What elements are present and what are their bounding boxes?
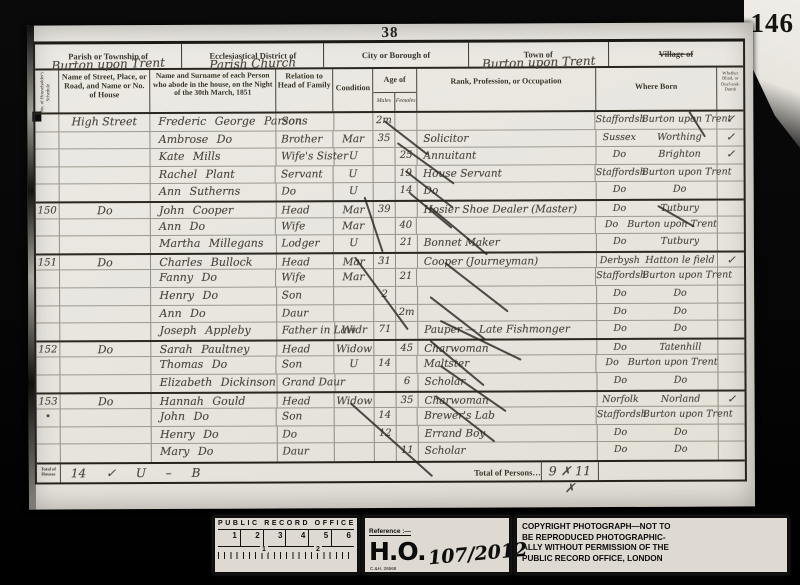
marital-condition: Widr — [335, 322, 375, 339]
stamp-printer-code: C.&H. 26668 — [370, 566, 396, 571]
relation-to-head: Grand Daur — [277, 374, 335, 391]
age-female: 45 — [396, 341, 418, 356]
village-label: Village of — [659, 49, 693, 59]
age-female: 19 — [395, 166, 417, 183]
relation-to-head: Son — [277, 357, 335, 374]
disability-remark — [718, 182, 744, 199]
where-born: Do Burton upon Trent — [596, 216, 718, 233]
schedule-number — [37, 427, 61, 444]
city-borough-label: City or Borough of — [362, 50, 430, 60]
relation-to-head: Wife's Sister — [276, 148, 334, 165]
street-name: Do — [60, 255, 152, 270]
disability-remark — [718, 303, 744, 320]
person-name: Rachel Plant — [151, 166, 276, 183]
where-born: Do Do — [597, 321, 718, 338]
person-name: Ann Do — [151, 218, 276, 235]
totals-row: Total of Houses 14 ✓ U – B Total of Pers… — [37, 459, 745, 482]
born-county: Staffordsh — [596, 165, 642, 182]
born-place: Do — [643, 286, 717, 303]
occupation: Do — [417, 182, 596, 199]
marital-condition: Mar — [334, 131, 374, 148]
census-rows: High Street Frederic George Parsons Son … — [35, 111, 745, 462]
disability-remark — [719, 355, 745, 372]
street-name: Do — [60, 203, 152, 218]
column-name-surname: Name and Surname of each Person who abod… — [150, 70, 275, 113]
where-born: Do Do — [597, 286, 718, 303]
born-county: Do — [597, 321, 643, 338]
person-name: John Do — [152, 409, 277, 426]
copyright-line: BE REPRODUCED PHOTOGRAPHIC- — [522, 533, 782, 544]
schedule-number — [36, 375, 60, 392]
where-born: Staffordsh Burton upon Trent — [596, 164, 718, 181]
marital-condition: U — [334, 183, 374, 200]
age-male: 14 — [374, 408, 396, 425]
occupation — [417, 268, 596, 285]
born-county: Do — [596, 147, 642, 164]
disability-remark — [718, 321, 744, 338]
ruler-inch-label: 2 — [314, 546, 322, 553]
disability-remark: ✓ — [718, 147, 744, 164]
schedule-number — [36, 167, 60, 184]
person-name: Elizabeth Dickinson — [152, 374, 277, 391]
disability-remark — [719, 407, 745, 424]
relation-to-head: Brother — [276, 131, 334, 148]
schedule-number — [36, 288, 60, 305]
street-name — [60, 323, 151, 340]
ruler-inch-label: 1 — [260, 546, 268, 553]
born-county: Derbysh — [597, 253, 643, 268]
town-field: Town of Burton upon Trent — [469, 42, 609, 67]
where-born: Staffordsh Burton upon Trent — [596, 268, 718, 285]
born-place: Tatenhill — [643, 339, 717, 354]
age-female: 21 — [396, 235, 418, 252]
totals-row-blank — [599, 461, 745, 480]
marital-condition — [335, 305, 375, 322]
copyright-line: PUBLIC RECORD OFFICE, LONDON — [522, 554, 782, 565]
schedule-number: 153 — [37, 394, 61, 409]
folio-number: 146 — [751, 8, 795, 39]
person-name: Ann Sutherns — [151, 184, 276, 201]
column-age: Age of Males Females — [373, 69, 417, 111]
marital-condition: Mar — [334, 269, 374, 286]
street-name: Do — [60, 394, 152, 409]
occupation — [417, 112, 596, 129]
born-county: Staffordsh — [597, 407, 643, 424]
street-name — [61, 444, 153, 462]
column-schedule-number: No. of Householder's Schedule — [35, 70, 59, 112]
schedule-number — [36, 306, 60, 323]
street-name — [60, 306, 152, 323]
age-male: 39 — [374, 202, 396, 217]
schedule-number — [36, 237, 60, 254]
street-name — [60, 357, 151, 374]
born-place: Worthing — [642, 129, 716, 146]
marital-condition — [334, 113, 374, 130]
occupation: Annuitant — [418, 147, 597, 164]
disability-remark — [718, 216, 744, 233]
relation-to-head: Son — [277, 408, 335, 425]
born-county: Do — [598, 442, 644, 460]
total-houses-value: 14 ✓ U – B — [61, 463, 381, 482]
disability-remark — [719, 424, 745, 441]
marital-condition — [334, 287, 374, 304]
schedule-number: • — [37, 410, 61, 427]
disability-remark — [718, 234, 744, 251]
person-name: Kate Mills — [151, 149, 276, 166]
age-female — [396, 287, 418, 304]
age-male: 71 — [375, 322, 397, 339]
born-county: Do — [596, 217, 627, 234]
where-born: Do Tatenhill — [597, 339, 718, 354]
person-name: Sarah Paultney — [152, 341, 277, 356]
village-field: Village of — [609, 41, 743, 66]
born-county: Staffordsh — [596, 268, 642, 285]
copyright-line: ALLY WITHOUT PERMISSION OF THE — [522, 543, 782, 554]
age-females-label: Females — [395, 93, 416, 111]
born-place: Tutbury — [643, 201, 717, 216]
occupation: Solicitor — [417, 130, 596, 147]
occupation: Cooper (Journeyman) — [418, 253, 597, 268]
relation-to-head: Daur — [277, 444, 335, 462]
street-name — [59, 149, 150, 166]
born-county: Do — [597, 373, 643, 390]
relation-to-head: Head — [277, 254, 335, 269]
age-of-label: Age of — [373, 69, 416, 93]
where-born: Staffordsh Burton upon Trent — [597, 407, 719, 424]
schedule-number — [35, 132, 59, 149]
person-name: Martha Millegans — [151, 236, 276, 253]
person-name: Fanny Do — [151, 270, 276, 287]
relation-to-head: Head — [277, 341, 335, 356]
ruler-number: 6 — [332, 530, 354, 546]
marital-condition: U — [334, 166, 374, 183]
schedule-number — [36, 219, 60, 236]
born-county: Do — [597, 303, 643, 320]
person-name: Henry Do — [152, 426, 277, 443]
copyright-line: COPYRIGHT PHOTOGRAPH—NOT TO — [522, 522, 782, 533]
disability-remark: ✓ — [718, 252, 744, 267]
born-county: Norfolk — [597, 391, 643, 406]
born-place: Norland — [643, 391, 717, 406]
age-female: 35 — [397, 392, 419, 407]
disability-remark — [719, 442, 745, 460]
age-male — [374, 148, 396, 165]
schedule-number — [35, 114, 59, 131]
where-born: Do Brighton — [596, 147, 717, 164]
where-born: Sussex Worthing — [596, 129, 717, 146]
born-place: Do — [642, 182, 716, 199]
relation-to-head: Son — [277, 287, 335, 304]
age-female — [396, 202, 418, 217]
born-county: Do — [597, 355, 628, 372]
reference-piece-number: 107/2012 — [427, 539, 528, 570]
age-female: 40 — [395, 217, 417, 234]
disability-remark — [718, 339, 744, 354]
marital-condition — [335, 408, 375, 425]
occupation: Scholar — [419, 442, 598, 460]
column-disability: Whether Blind, or Deaf-and-Dumb — [717, 67, 743, 109]
census-entry-row: Mary Do Daur 11 Scholar Do Do — [37, 442, 745, 463]
disability-remark — [718, 200, 744, 215]
street-name: Do — [60, 342, 152, 357]
schedule-number — [36, 271, 60, 288]
disability-remark — [718, 164, 744, 181]
born-county: Sussex — [596, 129, 642, 146]
age-female: 6 — [397, 374, 419, 391]
relation-to-head: Wife — [276, 218, 334, 235]
schedule-number: 151 — [36, 255, 60, 270]
person-name: Thomas Do — [152, 357, 277, 374]
person-name: Frederic George Parsons — [150, 113, 276, 130]
marital-condition — [335, 426, 375, 443]
column-relation: Relation to Head of Family — [276, 69, 334, 111]
census-table: Parish or Township of Burton upon Trent … — [33, 38, 747, 484]
street-name — [60, 219, 151, 236]
street-name — [60, 288, 152, 305]
where-born: Norfolk Norland — [597, 391, 718, 406]
age-female: 21 — [396, 269, 418, 286]
born-county: Staffordsh — [596, 112, 642, 129]
person-name: Joseph Appleby — [152, 323, 277, 340]
born-place: Do — [643, 321, 717, 338]
reference-series: H.O. — [369, 539, 426, 564]
born-county: Do — [597, 234, 643, 251]
relation-to-head: Wife — [276, 270, 334, 287]
occupation: Maltster — [418, 355, 597, 372]
age-male — [375, 374, 397, 391]
ruler-number: 3 — [264, 530, 287, 546]
street-name — [59, 167, 150, 184]
where-born: Do Do — [598, 424, 719, 441]
where-born: Do Tutbury — [597, 234, 718, 251]
born-place: Brighton — [642, 147, 716, 164]
born-place: Do — [643, 303, 717, 320]
street-name — [59, 132, 151, 149]
schedule-number — [35, 150, 59, 167]
pro-copyright-panel: COPYRIGHT PHOTOGRAPH—NOT TO BE REPRODUCE… — [515, 516, 789, 574]
person-name: Mary Do — [152, 444, 277, 462]
where-born: Do Burton upon Trent — [597, 355, 719, 372]
ruler-tick-strip: 1 2 — [218, 546, 354, 559]
ruler-number: 5 — [309, 530, 332, 546]
street-name — [60, 270, 151, 287]
schedule-number — [36, 185, 60, 202]
age-female — [397, 426, 419, 443]
relation-to-head: Head — [276, 202, 334, 217]
born-place: Hatton le field — [643, 252, 717, 267]
age-female — [396, 322, 418, 339]
relation-to-head: Daur — [277, 305, 335, 322]
marital-condition: U — [334, 148, 374, 165]
where-born: Do Do — [596, 182, 717, 199]
born-place: Tutbury — [643, 234, 717, 251]
column-condition: Condition — [333, 69, 373, 111]
marital-condition: U — [334, 235, 374, 252]
schedule-number: 152 — [36, 342, 60, 357]
marital-condition — [335, 374, 375, 391]
marital-condition: Mar — [334, 218, 374, 235]
microfilm-photo: 146 - - - 38 Parish or Township of Burto… — [0, 0, 800, 585]
disability-remark: ✓ — [718, 129, 744, 146]
where-born: Do Do — [598, 442, 719, 460]
occupation: Errand Boy — [419, 425, 598, 442]
born-county: Do — [597, 201, 643, 216]
street-name — [60, 236, 152, 253]
age-male: 35 — [374, 131, 396, 148]
relation-to-head: Son — [276, 113, 334, 130]
person-name: Hannah Gould — [152, 393, 277, 408]
age-male — [374, 269, 396, 286]
pro-stamp: PUBLIC RECORD OFFICE 1 2 3 4 5 6 1 2 Ref… — [213, 516, 789, 574]
age-male — [373, 166, 395, 183]
parish-field: Parish or Township of Burton upon Trent — [35, 44, 182, 69]
occupation: Bonnet Maker — [418, 234, 597, 251]
relation-to-head: Head — [277, 393, 335, 408]
column-header-row: No. of Householder's Schedule Name of St… — [35, 67, 743, 114]
reference-label: Reference :— — [369, 528, 411, 536]
person-name: John Cooper — [151, 202, 276, 217]
disability-remark: ✓ — [718, 111, 744, 128]
born-county: Do — [597, 286, 643, 303]
occupation: Scholar — [418, 373, 597, 390]
age-male: 14 — [374, 356, 396, 373]
person-name: Ann Do — [151, 305, 276, 322]
born-place: Burton upon Trent — [628, 355, 718, 372]
age-male — [375, 392, 397, 407]
age-male: 31 — [374, 254, 396, 269]
column-occupation: Rank, Profession, or Occupation — [417, 68, 596, 111]
marital-condition: Widow — [335, 341, 375, 356]
disability-remark — [718, 285, 744, 302]
street-name — [60, 409, 151, 426]
born-county: Do — [598, 425, 644, 442]
schedule-number — [36, 324, 60, 341]
relation-to-head: Do — [276, 184, 334, 201]
disability-remark — [718, 268, 744, 285]
schedule-number — [37, 445, 61, 463]
pro-reference-panel: Reference :— H.O. 107/2012 C.&H. 26668 — [363, 516, 511, 574]
relation-to-head: Do — [277, 426, 335, 443]
street-name — [60, 375, 151, 392]
total-persons-value: 9 ✗ 11 ✗ — [541, 462, 599, 480]
relation-to-head: Lodger — [277, 235, 335, 252]
born-place: Burton upon Trent — [627, 216, 717, 233]
total-houses-label: Total of Houses — [37, 464, 61, 482]
where-born: Do Tutbury — [597, 201, 718, 216]
age-female — [396, 356, 418, 373]
disability-remark — [719, 372, 745, 389]
person-name: Henry Do — [151, 287, 276, 304]
column-where-born: Where Born — [596, 68, 717, 111]
where-born: Do Do — [597, 372, 718, 389]
occupation: Hosier Shoe Dealer (Master) — [418, 201, 597, 216]
age-female — [396, 254, 418, 269]
occupation: House Servant — [417, 165, 596, 182]
born-place: Do — [644, 442, 718, 460]
where-born: Do Do — [597, 303, 718, 320]
person-name: Ambrose Do — [151, 131, 276, 148]
street-name — [60, 184, 152, 201]
street-name: High Street — [59, 114, 150, 131]
born-county: Do — [596, 182, 642, 199]
street-name — [61, 427, 153, 444]
ecclesiastical-district-field: Ecclesiastical District of Parish Church — [182, 43, 324, 68]
age-males-label: Males — [373, 93, 395, 111]
marital-condition — [335, 443, 375, 461]
pro-office-name: PUBLIC RECORD OFFICE — [218, 520, 354, 527]
marital-condition: U — [334, 356, 374, 373]
occupation: Brewer's Lab — [418, 407, 597, 424]
total-persons-label: Total of Persons… — [381, 462, 541, 481]
schedule-number — [36, 358, 60, 375]
born-place: Do — [643, 372, 717, 389]
city-borough-field: City or Borough of — [324, 43, 468, 68]
age-male — [375, 443, 397, 461]
schedule-number: 150 — [36, 203, 60, 218]
occupation — [418, 286, 597, 303]
born-place: Do — [644, 424, 718, 441]
age-male — [374, 341, 396, 356]
relation-to-head: Father in Law — [277, 322, 335, 339]
where-born: Derbysh Hatton le field — [597, 252, 718, 267]
age-male — [374, 183, 396, 200]
age-female — [395, 113, 417, 130]
census-document: 38 Parish or Township of Burton upon Tre… — [27, 22, 755, 509]
ruler-number: 1 — [218, 530, 241, 546]
disability-remark: ✓ — [719, 391, 745, 406]
relation-to-head: Servant — [276, 166, 334, 183]
person-name: Charles Bullock — [151, 254, 276, 269]
column-street: Name of Street, Place, or Road, and Name… — [59, 70, 151, 112]
age-female — [396, 408, 418, 425]
ruler-number: 4 — [286, 530, 309, 546]
location-header-band: Parish or Township of Burton upon Trent … — [35, 41, 743, 70]
born-county: Do — [597, 340, 643, 355]
ruler-number-row: 1 2 3 4 5 6 — [218, 529, 354, 546]
pro-ruler-panel: PUBLIC RECORD OFFICE 1 2 3 4 5 6 1 2 — [213, 516, 359, 574]
ruler-number: 2 — [241, 530, 264, 546]
